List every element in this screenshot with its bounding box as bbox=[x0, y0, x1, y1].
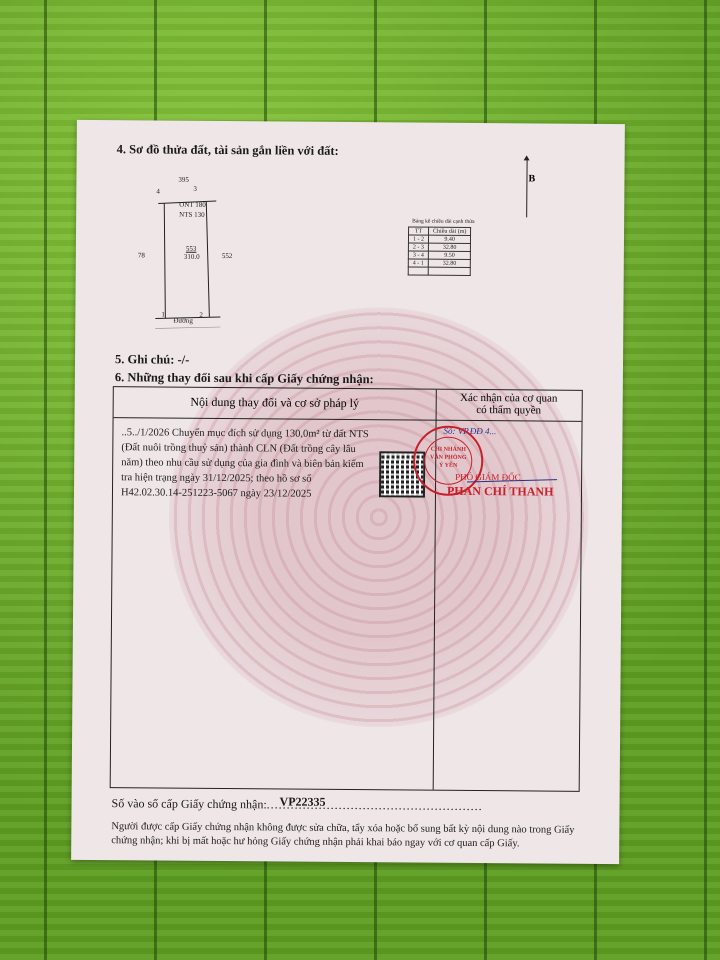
vertex-3: 3 bbox=[193, 185, 197, 193]
edge-length-table: TT Chiều dài (m) 1 - 29.40 2 - 332.80 3 … bbox=[408, 226, 472, 275]
neighbor-right: 552 bbox=[222, 252, 233, 260]
changes-table: Nội dung thay đổi và cơ sở pháp lý Xác n… bbox=[110, 386, 583, 792]
neighbor-top: 395 bbox=[178, 176, 189, 184]
changes-header-content: Nội dung thay đổi và cơ sở pháp lý bbox=[114, 394, 436, 412]
parcel-area: 310.0 bbox=[184, 253, 200, 261]
signer-title: PHÓ GIÁM ĐỐC bbox=[455, 472, 521, 483]
edge-table-header-tt: TT bbox=[409, 227, 429, 235]
section-5-title: 5. Ghi chú: -/- bbox=[115, 352, 189, 368]
land-use-nts: NTS 130 bbox=[179, 211, 205, 219]
land-use-ont: ONT 180 bbox=[179, 201, 206, 209]
changes-header-authority: Xác nhận của cơ quan có thẩm quyền bbox=[436, 392, 582, 417]
registry-line: Số vào sổ cấp Giấy chứng nhận:..........… bbox=[111, 796, 482, 814]
header-divider bbox=[114, 417, 582, 422]
parcel-number: 553 bbox=[186, 245, 197, 253]
vertex-4: 4 bbox=[156, 187, 160, 195]
section-6-title: 6. Những thay đổi sau khi cấp Giấy chứng… bbox=[115, 370, 374, 387]
section-4-title: 4. Sơ đồ thửa đất, tài sản gắn liền với … bbox=[117, 142, 339, 159]
vertex-2: 2 bbox=[199, 311, 203, 319]
certificate-page: 4. Sơ đồ thửa đất, tài sản gắn liền với … bbox=[71, 120, 625, 864]
change-entry-text: ..5../1/2026 Chuyển mục đích sử dụng 130… bbox=[121, 425, 374, 502]
registry-number: VP22335 bbox=[280, 794, 326, 809]
signer-name: PHAN CHÍ THANH bbox=[447, 484, 554, 500]
registry-label: Số vào sổ cấp Giấy chứng nhận: bbox=[111, 796, 266, 811]
north-arrow-icon bbox=[526, 159, 527, 217]
edge-table-caption: Bảng kê chiều dài cạnh thửa bbox=[412, 218, 474, 224]
vertex-1: 1 bbox=[161, 311, 165, 319]
road-label: Đường bbox=[173, 317, 193, 325]
north-label: B bbox=[528, 173, 535, 184]
table-row bbox=[408, 267, 470, 275]
legal-notice: Người được cấp Giấy chứng nhận không đượ… bbox=[111, 820, 581, 852]
parcel-diagram bbox=[115, 180, 316, 332]
neighbor-left: 78 bbox=[138, 251, 145, 259]
